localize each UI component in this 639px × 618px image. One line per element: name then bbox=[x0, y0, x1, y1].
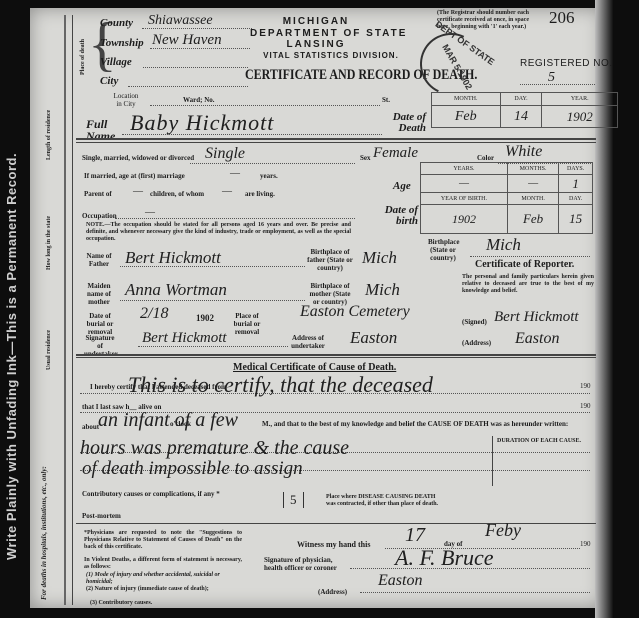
reporter-signed-value: Bert Hickmott bbox=[494, 309, 579, 326]
sex-value: Female bbox=[373, 145, 418, 162]
violent-heading: In Violent Deaths, a different form of s… bbox=[84, 557, 242, 571]
living-value: — bbox=[222, 186, 232, 197]
year-suffix-2: 190 bbox=[580, 402, 591, 410]
mother-line bbox=[120, 300, 305, 301]
age-label: Age bbox=[393, 180, 411, 192]
place-contracted-label: Place where DISEASE CAUSING DEATH was co… bbox=[326, 494, 446, 508]
location-in-city-label: Location in City bbox=[110, 92, 142, 108]
full-name-line bbox=[122, 134, 382, 135]
section-divider bbox=[76, 138, 596, 140]
dob-header-month: MONTH. bbox=[507, 193, 558, 205]
undertaker-address-label: Address of undertaker bbox=[290, 334, 326, 350]
sex-label: Sex bbox=[360, 154, 371, 162]
signature-label: Signature of physician, health officer o… bbox=[264, 556, 344, 572]
signature-line bbox=[350, 568, 590, 569]
ward-label: Ward; No. bbox=[183, 96, 215, 104]
age-months: — bbox=[507, 175, 558, 193]
witness-month: Feby bbox=[485, 520, 521, 541]
occupation-line bbox=[115, 218, 355, 219]
city-field-line bbox=[128, 86, 248, 87]
marital-status-label: Single, married, widowed or divorced bbox=[82, 154, 194, 162]
witness-year-prefix: 190 bbox=[580, 540, 591, 548]
children-label: children, of whom bbox=[150, 190, 204, 198]
undertaker-value: Bert Hickmott bbox=[142, 330, 227, 347]
birthplace-line bbox=[470, 256, 590, 257]
father-birthplace-label: Birthplace of father (State or country) bbox=[306, 248, 354, 272]
age-birth-table: YEARS. MONTHS. DAYS. — — 1 YEAR OF BIRTH… bbox=[420, 162, 593, 234]
age-header-months: MONTHS. bbox=[507, 163, 558, 175]
margin-label-residence: Length of residence bbox=[46, 110, 52, 160]
age-header-years: YEARS. bbox=[421, 163, 508, 175]
cause-line-2: an infant of a few bbox=[98, 409, 238, 432]
village-label: Village bbox=[100, 56, 132, 68]
address-line bbox=[360, 592, 590, 593]
father-value: Bert Hickmott bbox=[125, 248, 221, 268]
age-days: 1 bbox=[559, 175, 593, 193]
children-value: — bbox=[133, 186, 143, 197]
age-header-days: DAYS. bbox=[559, 163, 593, 175]
reporter-address-label: (Address) bbox=[462, 339, 491, 347]
page-number: 206 bbox=[549, 8, 575, 28]
physician-note: *Physicians are requested to note the "S… bbox=[84, 530, 242, 551]
duration-column-rule bbox=[492, 436, 493, 486]
margin-label-usual: Usual residence bbox=[46, 330, 52, 370]
cause-line-4: of death impossible to assign bbox=[82, 458, 303, 480]
living-label: are living. bbox=[245, 190, 275, 198]
reporter-text: The personal and family particulars here… bbox=[462, 274, 594, 295]
header-department: DEPARTMENT OF STATE bbox=[250, 28, 420, 39]
header-city: LANSING bbox=[256, 39, 376, 50]
dod-month: Feb bbox=[432, 106, 501, 128]
burial-date-value: 2/18 bbox=[140, 305, 168, 323]
header-division: VITAL STATISTICS DIVISION. bbox=[236, 51, 426, 60]
registered-no-label: REGISTERED NO. bbox=[520, 58, 613, 69]
father-birthplace-value: Mich bbox=[362, 248, 397, 268]
occupation-value: — bbox=[145, 207, 155, 218]
undertaker-address-value: Easton bbox=[350, 328, 397, 348]
year-suffix-1: 190 bbox=[580, 382, 591, 390]
dob-header-year: YEAR OF BIRTH. bbox=[421, 193, 508, 205]
dod-header-year: YEAR. bbox=[542, 93, 618, 106]
margin-note: Write Plainly with Unfading Ink—This is … bbox=[4, 153, 19, 560]
dod-year: 1902 bbox=[542, 106, 618, 128]
registered-no-line bbox=[520, 84, 595, 85]
mother-label: Maiden name of mother bbox=[84, 282, 114, 306]
mother-birthplace-value: Mich bbox=[365, 280, 400, 300]
birthplace-value: Mich bbox=[486, 235, 521, 255]
violent-item-2: (2) Nature of injury (immediate cause of… bbox=[86, 586, 242, 593]
dod-header-day: DAY. bbox=[500, 93, 542, 106]
code-box: 5 bbox=[283, 492, 304, 508]
township-value: New Haven bbox=[152, 32, 222, 49]
color-value: White bbox=[505, 143, 542, 161]
physician-address-label: (Address) bbox=[318, 588, 347, 596]
date-of-birth-label: Date of birth bbox=[376, 205, 418, 227]
married-age-label: If married, age at (first) marriage bbox=[84, 172, 185, 180]
duration-label: DURATION OF EACH CAUSE. bbox=[497, 438, 581, 445]
burial-place-value: Easton Cemetery bbox=[300, 303, 410, 321]
section-divider bbox=[76, 354, 596, 356]
place-of-death-label: Place of death bbox=[80, 39, 86, 75]
marital-status-line bbox=[190, 163, 355, 164]
county-value: Shiawassee bbox=[148, 13, 213, 29]
violent-item-1: (1) Mode of injury and whether accidenta… bbox=[86, 572, 242, 586]
city-label: City bbox=[100, 75, 118, 87]
county-label: County bbox=[100, 17, 133, 29]
witness-label: Witness my hand this bbox=[297, 540, 370, 549]
mother-value: Anna Wortman bbox=[125, 280, 227, 300]
township-label: Township bbox=[100, 37, 144, 49]
margin-rule bbox=[72, 15, 73, 605]
burial-date-label: Date of burial or removal bbox=[84, 312, 116, 336]
cause-line-3: hours was premature & the cause bbox=[80, 437, 349, 460]
parent-of-label: Parent of bbox=[84, 190, 112, 198]
occupation-label: Occupation bbox=[82, 212, 117, 220]
violent-item-3: (3) Contributory causes. bbox=[90, 600, 152, 607]
witness-day: 17 bbox=[405, 524, 425, 547]
cause-intro-text: M., and that to the best of my knowledge… bbox=[262, 420, 592, 428]
section-divider bbox=[76, 357, 596, 358]
reporter-address-value: Easton bbox=[515, 330, 559, 348]
contributory-label: Contributory causes or complications, if… bbox=[82, 490, 220, 498]
age-years: — bbox=[421, 175, 508, 193]
married-age-value: — bbox=[230, 168, 240, 179]
cause-line-1: This is to certify, that the deceased bbox=[128, 372, 433, 398]
margin-note-hospitals: For deaths in hospitals, institutions, e… bbox=[40, 466, 48, 600]
marital-status-value: Single bbox=[205, 145, 245, 163]
header-state: MICHIGAN bbox=[256, 16, 376, 27]
physician-address: Easton bbox=[378, 572, 422, 590]
years-label: years. bbox=[260, 172, 278, 180]
reporter-title: Certificate of Reporter. bbox=[475, 259, 574, 270]
dob-month: Feb bbox=[507, 205, 558, 234]
birthplace-label: Birthplace (State or country) bbox=[428, 238, 458, 262]
color-label: Color bbox=[477, 154, 494, 162]
about-text: about bbox=[82, 423, 99, 431]
date-of-death-label: Date of Death bbox=[388, 112, 426, 134]
father-label: Name of Father bbox=[84, 252, 114, 268]
full-name-value: Baby Hickmott bbox=[130, 110, 274, 136]
reporter-signed-label: (Signed) bbox=[462, 318, 487, 326]
ward-field-line bbox=[150, 105, 380, 106]
dod-day: 14 bbox=[500, 106, 542, 128]
date-of-death-table: MONTH. DAY. YEAR. Feb 14 1902 bbox=[431, 92, 618, 128]
margin-rule bbox=[64, 15, 66, 605]
dob-day: 15 bbox=[559, 205, 593, 234]
undertaker-line bbox=[138, 346, 288, 347]
postmortem-label: Post-mortem bbox=[82, 512, 121, 520]
dod-header-month: MONTH. bbox=[432, 93, 501, 106]
occupation-note: NOTE.—The occupation should be stated fo… bbox=[86, 222, 351, 243]
margin-label-state: How long in the state bbox=[46, 216, 52, 270]
burial-place-label: Place of burial or removal bbox=[226, 312, 268, 336]
dob-header-day: DAY. bbox=[559, 193, 593, 205]
street-label: St. bbox=[382, 96, 390, 104]
village-field-line bbox=[143, 67, 248, 68]
father-line bbox=[120, 266, 305, 267]
dob-year: 1902 bbox=[421, 205, 508, 234]
burial-year-value: 1902 bbox=[196, 313, 214, 323]
